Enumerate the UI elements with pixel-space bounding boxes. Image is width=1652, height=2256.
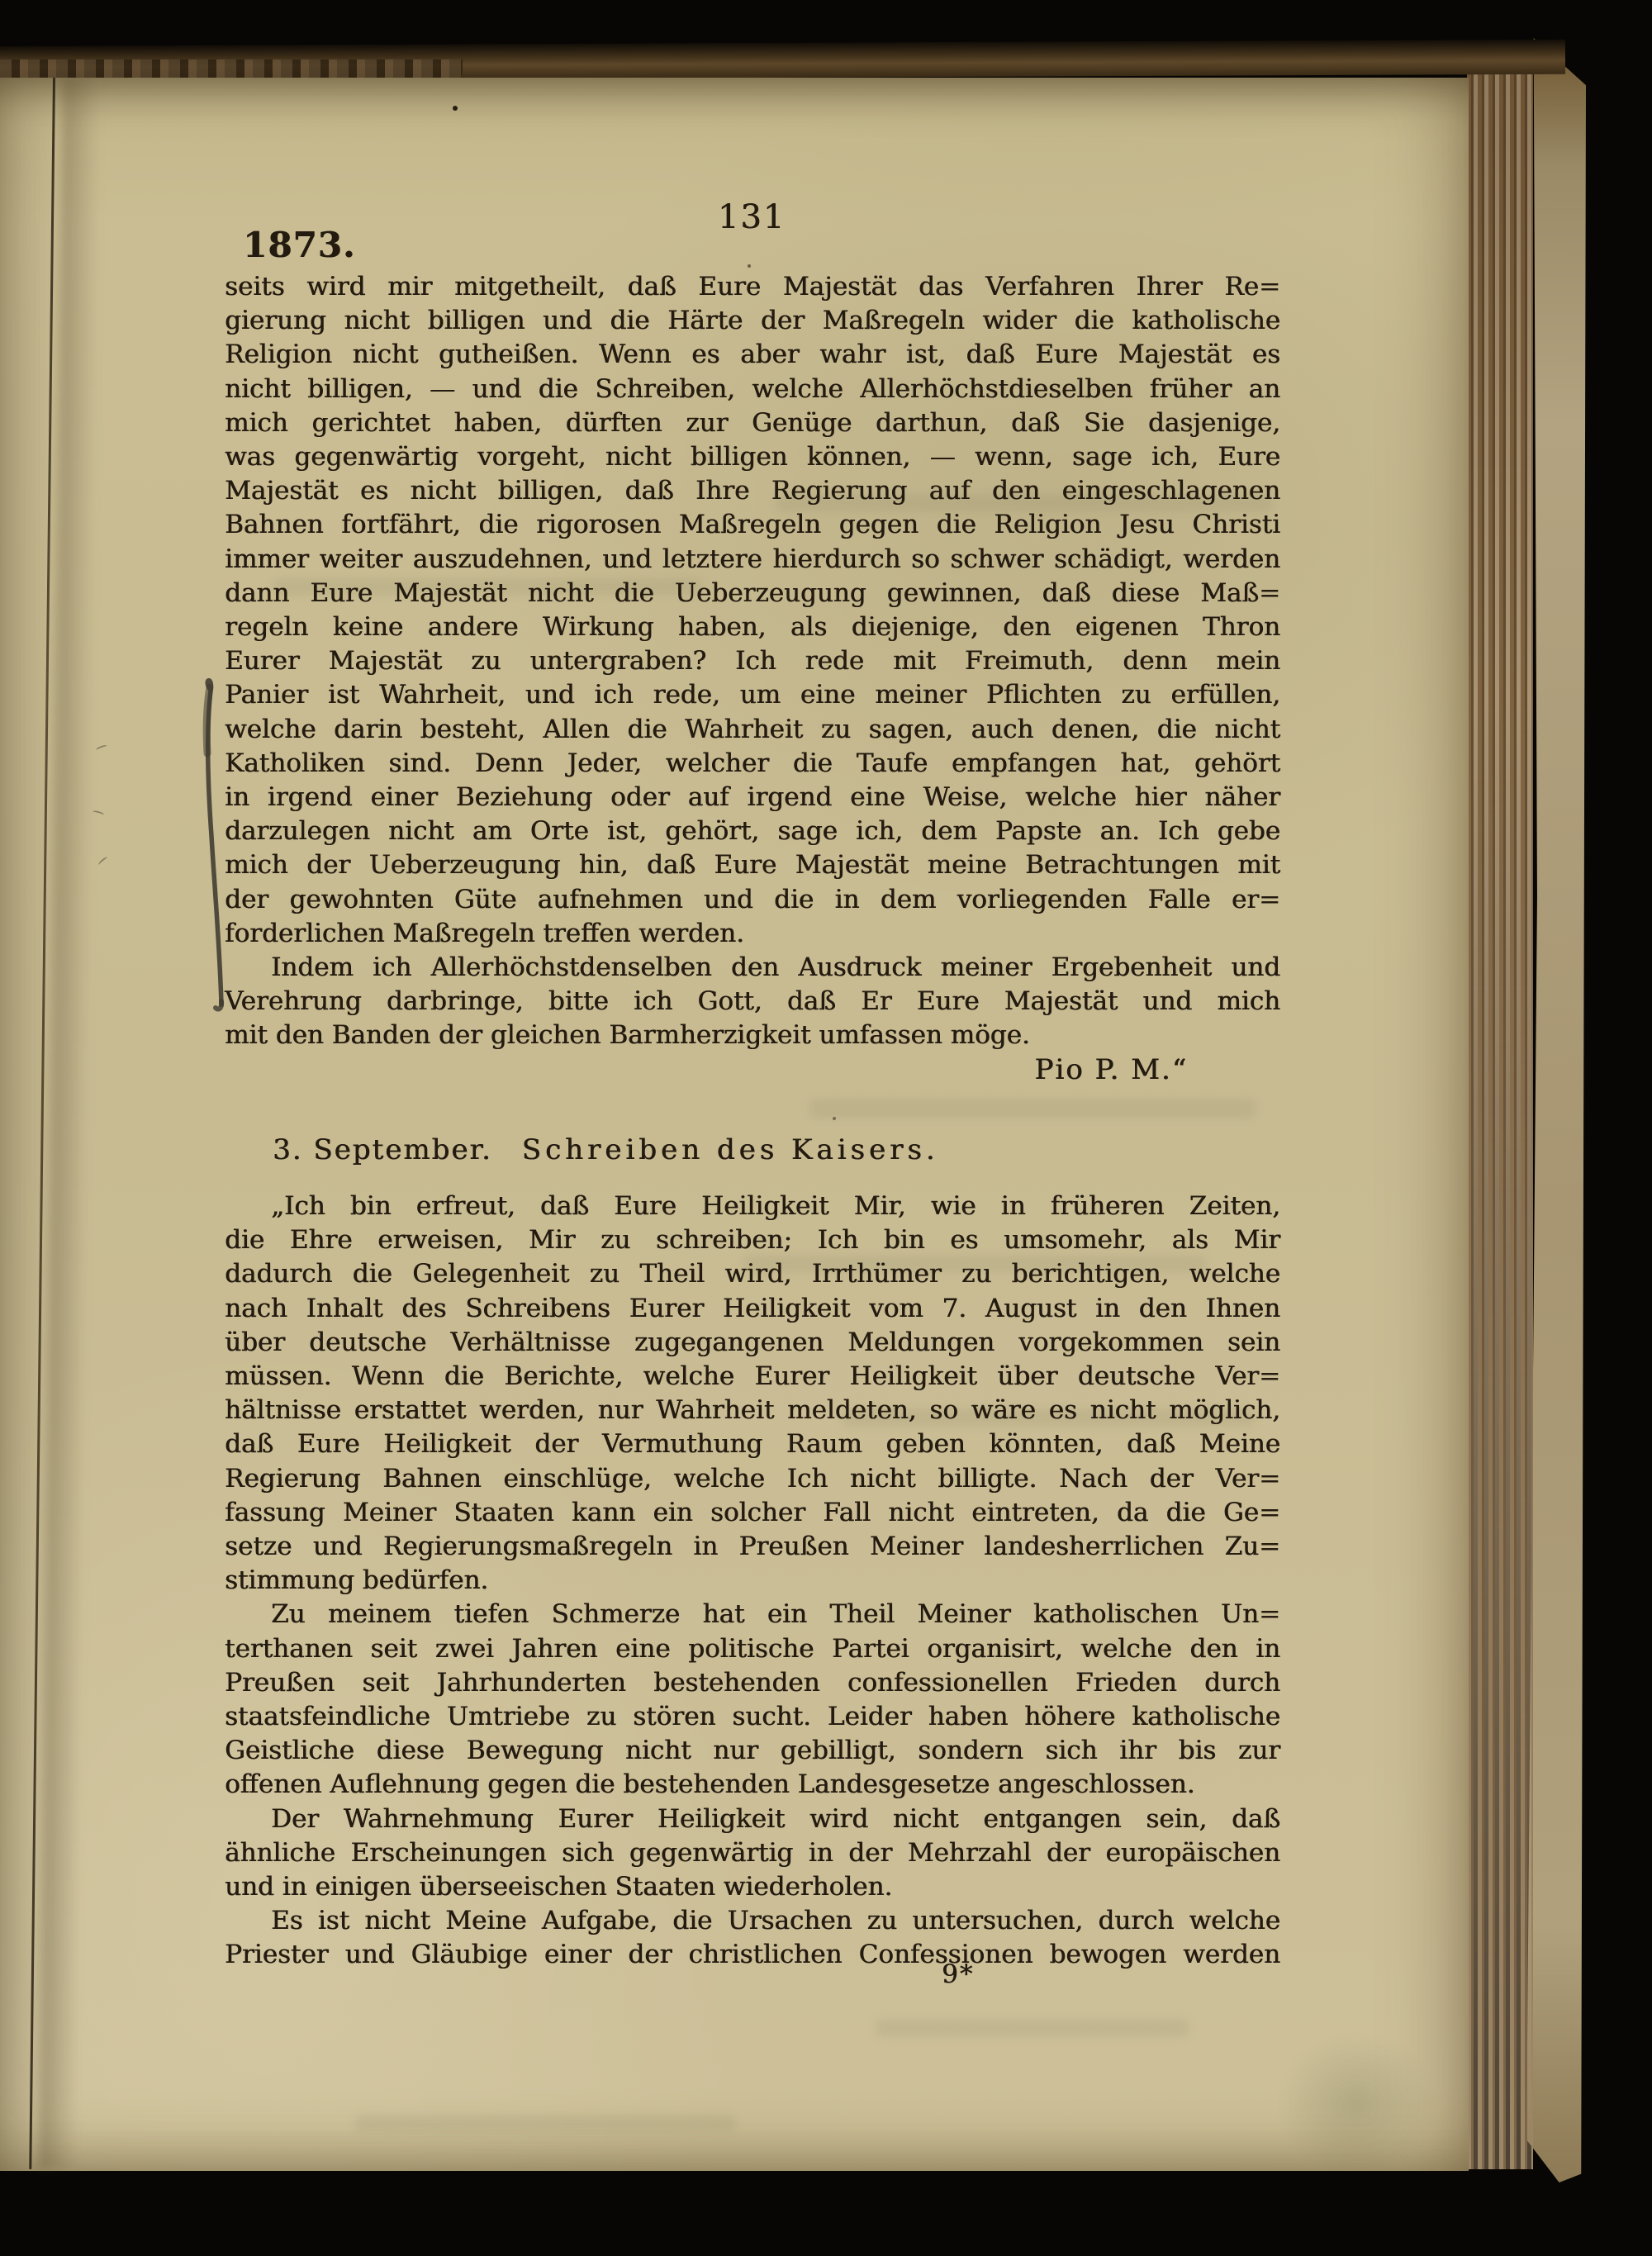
text-line: Bahnen fortfährt, die rigorosen Maßregel… bbox=[225, 508, 1280, 542]
section-heading: 3. September.Schreiben des Kaisers. bbox=[273, 1133, 939, 1166]
text-line: Zu meinem tiefen Schmerze hat ein Theil … bbox=[225, 1598, 1280, 1631]
pope-signature: Pio P. M.“ bbox=[225, 1053, 1280, 1087]
text-line: forderlichen Maßregeln treffen werden. bbox=[225, 917, 1280, 951]
text-line: dadurch die Gelegenheit zu Theil wird, I… bbox=[225, 1257, 1280, 1291]
text-line: immer weiter auszudehnen, und letztere h… bbox=[225, 543, 1280, 577]
text-line: gierung nicht billigen und die Härte der… bbox=[225, 304, 1280, 338]
text-line: mit den Banden der gleichen Barmherzigke… bbox=[225, 1019, 1280, 1052]
text-line: Priester und Gläubige einer der christli… bbox=[225, 1938, 1280, 1972]
fingerprint-smudge bbox=[1279, 2034, 1436, 2174]
text-line: „Ich bin erfreut, daß Eure Heiligkeit Mi… bbox=[225, 1190, 1280, 1223]
text-line: offenen Auflehnung gegen die bestehenden… bbox=[225, 1768, 1280, 1802]
dust-speck bbox=[833, 1117, 836, 1120]
text-line: fassung Meiner Staaten kann ein solcher … bbox=[225, 1496, 1280, 1530]
text-line: regeln keine andere Wirkung haben, als d… bbox=[225, 610, 1280, 644]
section-heading-date: 3. September. bbox=[273, 1133, 492, 1166]
dust-speck bbox=[748, 264, 751, 268]
book-cover-edge bbox=[1526, 38, 1586, 2182]
text-line: Majestät es nicht billigen, daß Ihre Reg… bbox=[225, 474, 1280, 508]
text-line: setze und Regierungsmaßregeln in Preußen… bbox=[225, 1530, 1280, 1564]
text-line: Religion nicht gutheißen. Wenn es aber w… bbox=[225, 338, 1280, 372]
scanned-book-photo: 131 1873. seits wird mir mitgetheilt, da… bbox=[0, 0, 1652, 2256]
text-line: seits wird mir mitgetheilt, daß Eure Maj… bbox=[225, 270, 1280, 304]
pope-letter: seits wird mir mitgetheilt, daß Eure Maj… bbox=[225, 270, 1280, 1087]
text-line: die Ehre erweisen, Mir zu schreiben; Ich… bbox=[225, 1223, 1280, 1257]
text-line: terthanen seit zwei Jahren eine politisc… bbox=[225, 1632, 1280, 1666]
text-line: dann Eure Majestät nicht die Ueberzeugun… bbox=[225, 577, 1280, 610]
dust-speck bbox=[453, 106, 458, 111]
text-line: Geistliche diese Bewegung nicht nur gebi… bbox=[225, 1734, 1280, 1768]
text-line: stimmung bedürfen. bbox=[225, 1564, 1280, 1598]
text-line: Verehrung darbringe, bitte ich Gott, daß… bbox=[225, 985, 1280, 1019]
ghost-showthrough bbox=[876, 2019, 1189, 2037]
ghost-showthrough bbox=[355, 2115, 735, 2131]
printer-signature-mark: 9* bbox=[942, 1959, 974, 1989]
page-block-edge bbox=[1467, 64, 1533, 2169]
kaiser-letter: „Ich bin erfreut, daß Eure Heiligkeit Mi… bbox=[225, 1190, 1280, 1973]
text-line: mich der Ueberzeugung hin, daß Eure Maje… bbox=[225, 848, 1280, 882]
text-line: nicht billigen, — und die Schreiben, wel… bbox=[225, 373, 1280, 406]
text-line: welche darin besteht, Allen die Wahrheit… bbox=[225, 713, 1280, 747]
text-line: Preußen seit Jahrhunderten bestehenden c… bbox=[225, 1666, 1280, 1700]
text-line: ähnliche Erscheinungen sich gegenwärtig … bbox=[225, 1836, 1280, 1870]
text-line: nach Inhalt des Schreibens Eurer Heiligk… bbox=[225, 1292, 1280, 1326]
page-number: 131 bbox=[225, 198, 1279, 236]
text-line: Eurer Majestät zu untergraben? Ich rede … bbox=[225, 644, 1280, 678]
text-line: und in einigen überseeischen Staaten wie… bbox=[225, 1870, 1280, 1904]
text-line: müssen. Wenn die Berichte, welche Eurer … bbox=[225, 1360, 1280, 1394]
section-heading-title: Schreiben des Kaisers. bbox=[522, 1133, 939, 1166]
ghost-showthrough bbox=[809, 1099, 1256, 1119]
text-line: in irgend einer Beziehung oder auf irgen… bbox=[225, 781, 1280, 815]
text-line: daß Eure Heiligkeit der Vermuthung Raum … bbox=[225, 1427, 1280, 1461]
text-line: Panier ist Wahrheit, und ich rede, um ei… bbox=[225, 678, 1280, 712]
text-line: was gegenwärtig vorgeht, nicht billigen … bbox=[225, 440, 1280, 474]
text-line: Der Wahrnehmung Eurer Heiligkeit wird ni… bbox=[225, 1802, 1280, 1836]
text-line: darzulegen nicht am Orte ist, gehört, sa… bbox=[225, 815, 1280, 848]
year-heading: 1873. bbox=[243, 225, 356, 265]
text-line: Es ist nicht Meine Aufgabe, die Ursachen… bbox=[225, 1904, 1280, 1938]
text-line: hältnisse erstattet werden, nur Wahrheit… bbox=[225, 1394, 1280, 1427]
text-line: Regierung Bahnen einschlüge, welche Ich … bbox=[225, 1462, 1280, 1496]
text-line: Indem ich Allerhöchstdenselben den Ausdr… bbox=[225, 951, 1280, 985]
text-line: der gewohnten Güte aufnehmen und die in … bbox=[225, 883, 1280, 917]
text-line: mich gerichtet haben, dürften zur Genüge… bbox=[225, 406, 1280, 440]
text-line: über deutsche Verhältnisse zugegangenen … bbox=[225, 1326, 1280, 1360]
text-line: Katholiken sind. Denn Jeder, welcher die… bbox=[225, 747, 1280, 781]
text-line: staatsfeindliche Umtriebe zu stören such… bbox=[225, 1700, 1280, 1734]
